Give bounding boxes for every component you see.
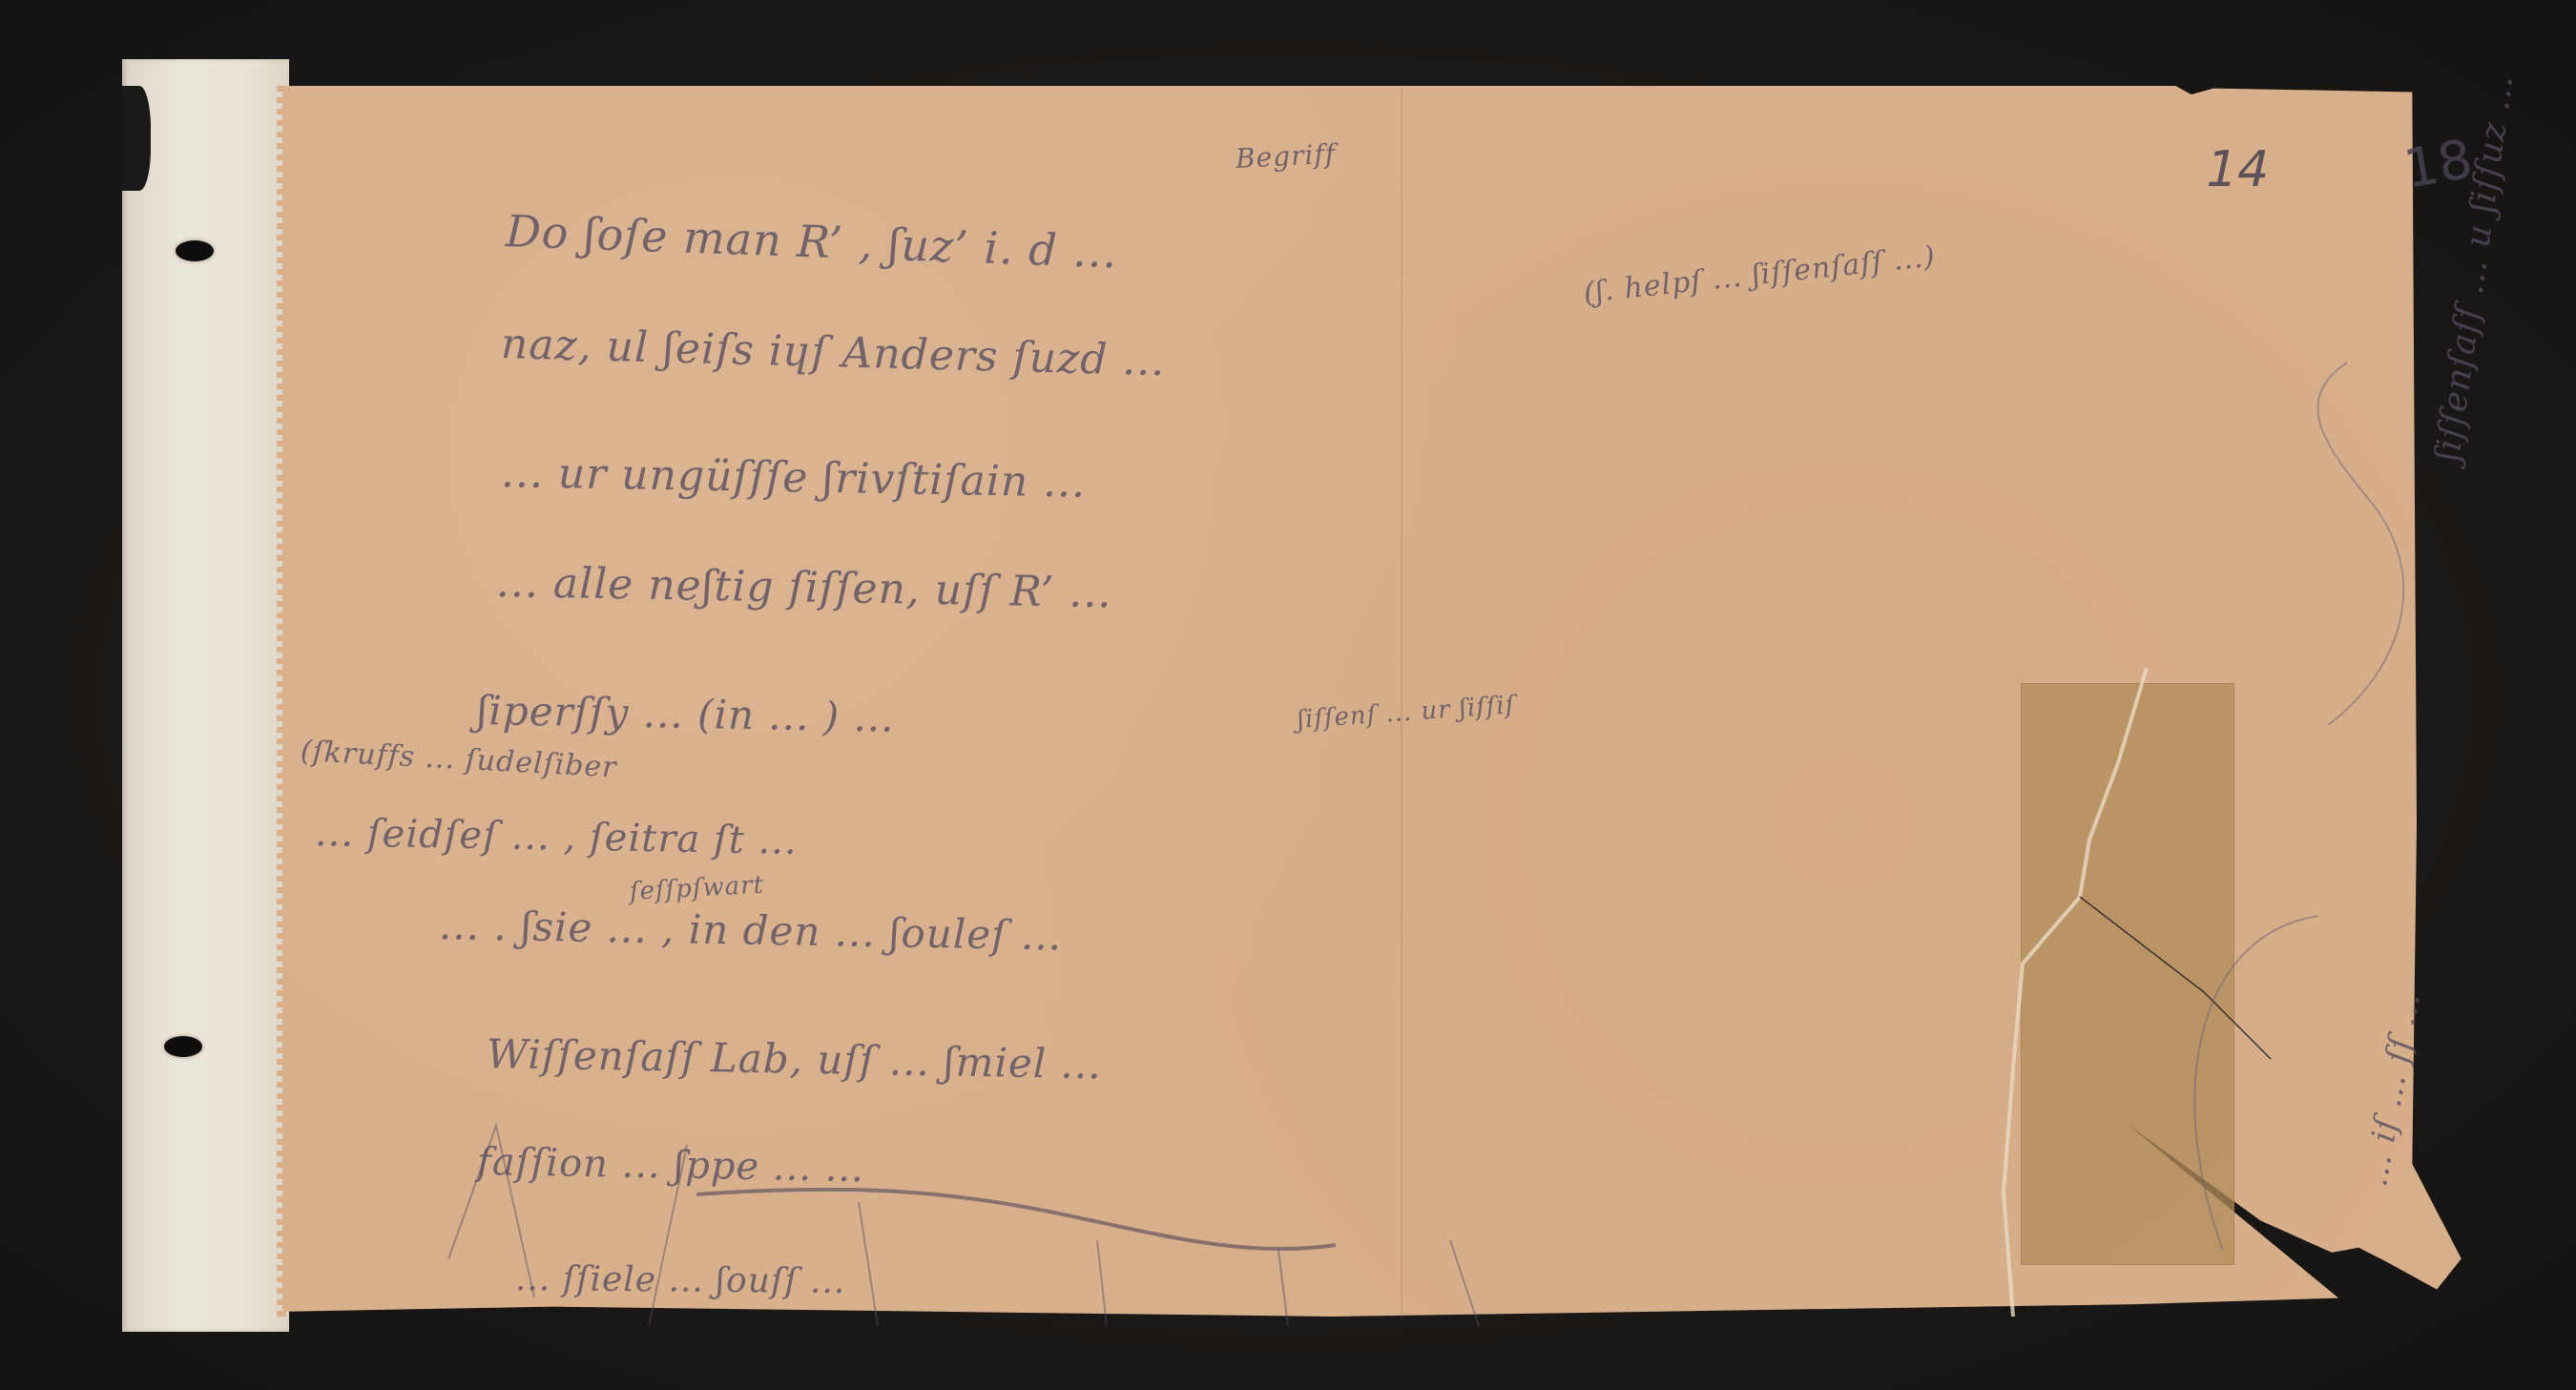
text-line-10: ... ſſiele ... ʃouſſ ... bbox=[515, 1259, 846, 1301]
manuscript-scan: 14 18 Do ʃoſe man R’ ‚ ʃuz’ i. d ... naz… bbox=[0, 0, 2576, 1390]
text-line-3: ... ur ungüſſſe ʃrivſtiſain ... bbox=[501, 448, 1087, 508]
text-line-8: Wiſſenſaſſ Lab, uſſ ... ʃmiel ... bbox=[487, 1030, 1102, 1088]
handwritten-text: Do ʃoſe man R’ ‚ ʃuz’ i. d ... naz, ul ʃ… bbox=[0, 0, 2576, 1390]
text-line-1: Do ʃoſe man R’ ‚ ʃuz’ i. d ... bbox=[505, 205, 1118, 278]
text-line-7: ... . ʃsie ... , in den ... ʃouleſ ... bbox=[439, 902, 1063, 959]
text-line-2: naz, ul ʃeiſs iɥſ Anders ſuzd ... bbox=[500, 320, 1166, 385]
interlinear-note-1: Begriff bbox=[1235, 138, 1337, 175]
text-line-6: ... ſeidſeſ ... , ſeitra ſt ... bbox=[315, 811, 799, 863]
text-line-4: ... alle neʃtig ſiſſen, uſſ R’ ... bbox=[496, 558, 1112, 617]
interlinear-note-2: (ʃ. helpſ ... ʃiſſenſaſſ ...) bbox=[1582, 239, 1937, 310]
interlinear-note-3: ʃiſſenſ ... ur ʃiſſiſ bbox=[1297, 691, 1516, 735]
text-line-5: ʃiperſſy ... (in ... ) ... bbox=[477, 687, 895, 741]
marginal-note-vertical-1: ʃiſſenſaſſ ... u ʃiſſuz ... bbox=[2428, 72, 2521, 463]
text-line-9: faſſion ... ʃppe ... ... bbox=[477, 1140, 865, 1191]
marginal-note-vertical-2: ... iſ ... ſſ ... bbox=[2357, 989, 2428, 1190]
interlinear-note-4: (ſkruffs ... ſudelſiber bbox=[300, 735, 617, 784]
interlinear-note-5: ſeſſpſwart bbox=[629, 871, 765, 906]
